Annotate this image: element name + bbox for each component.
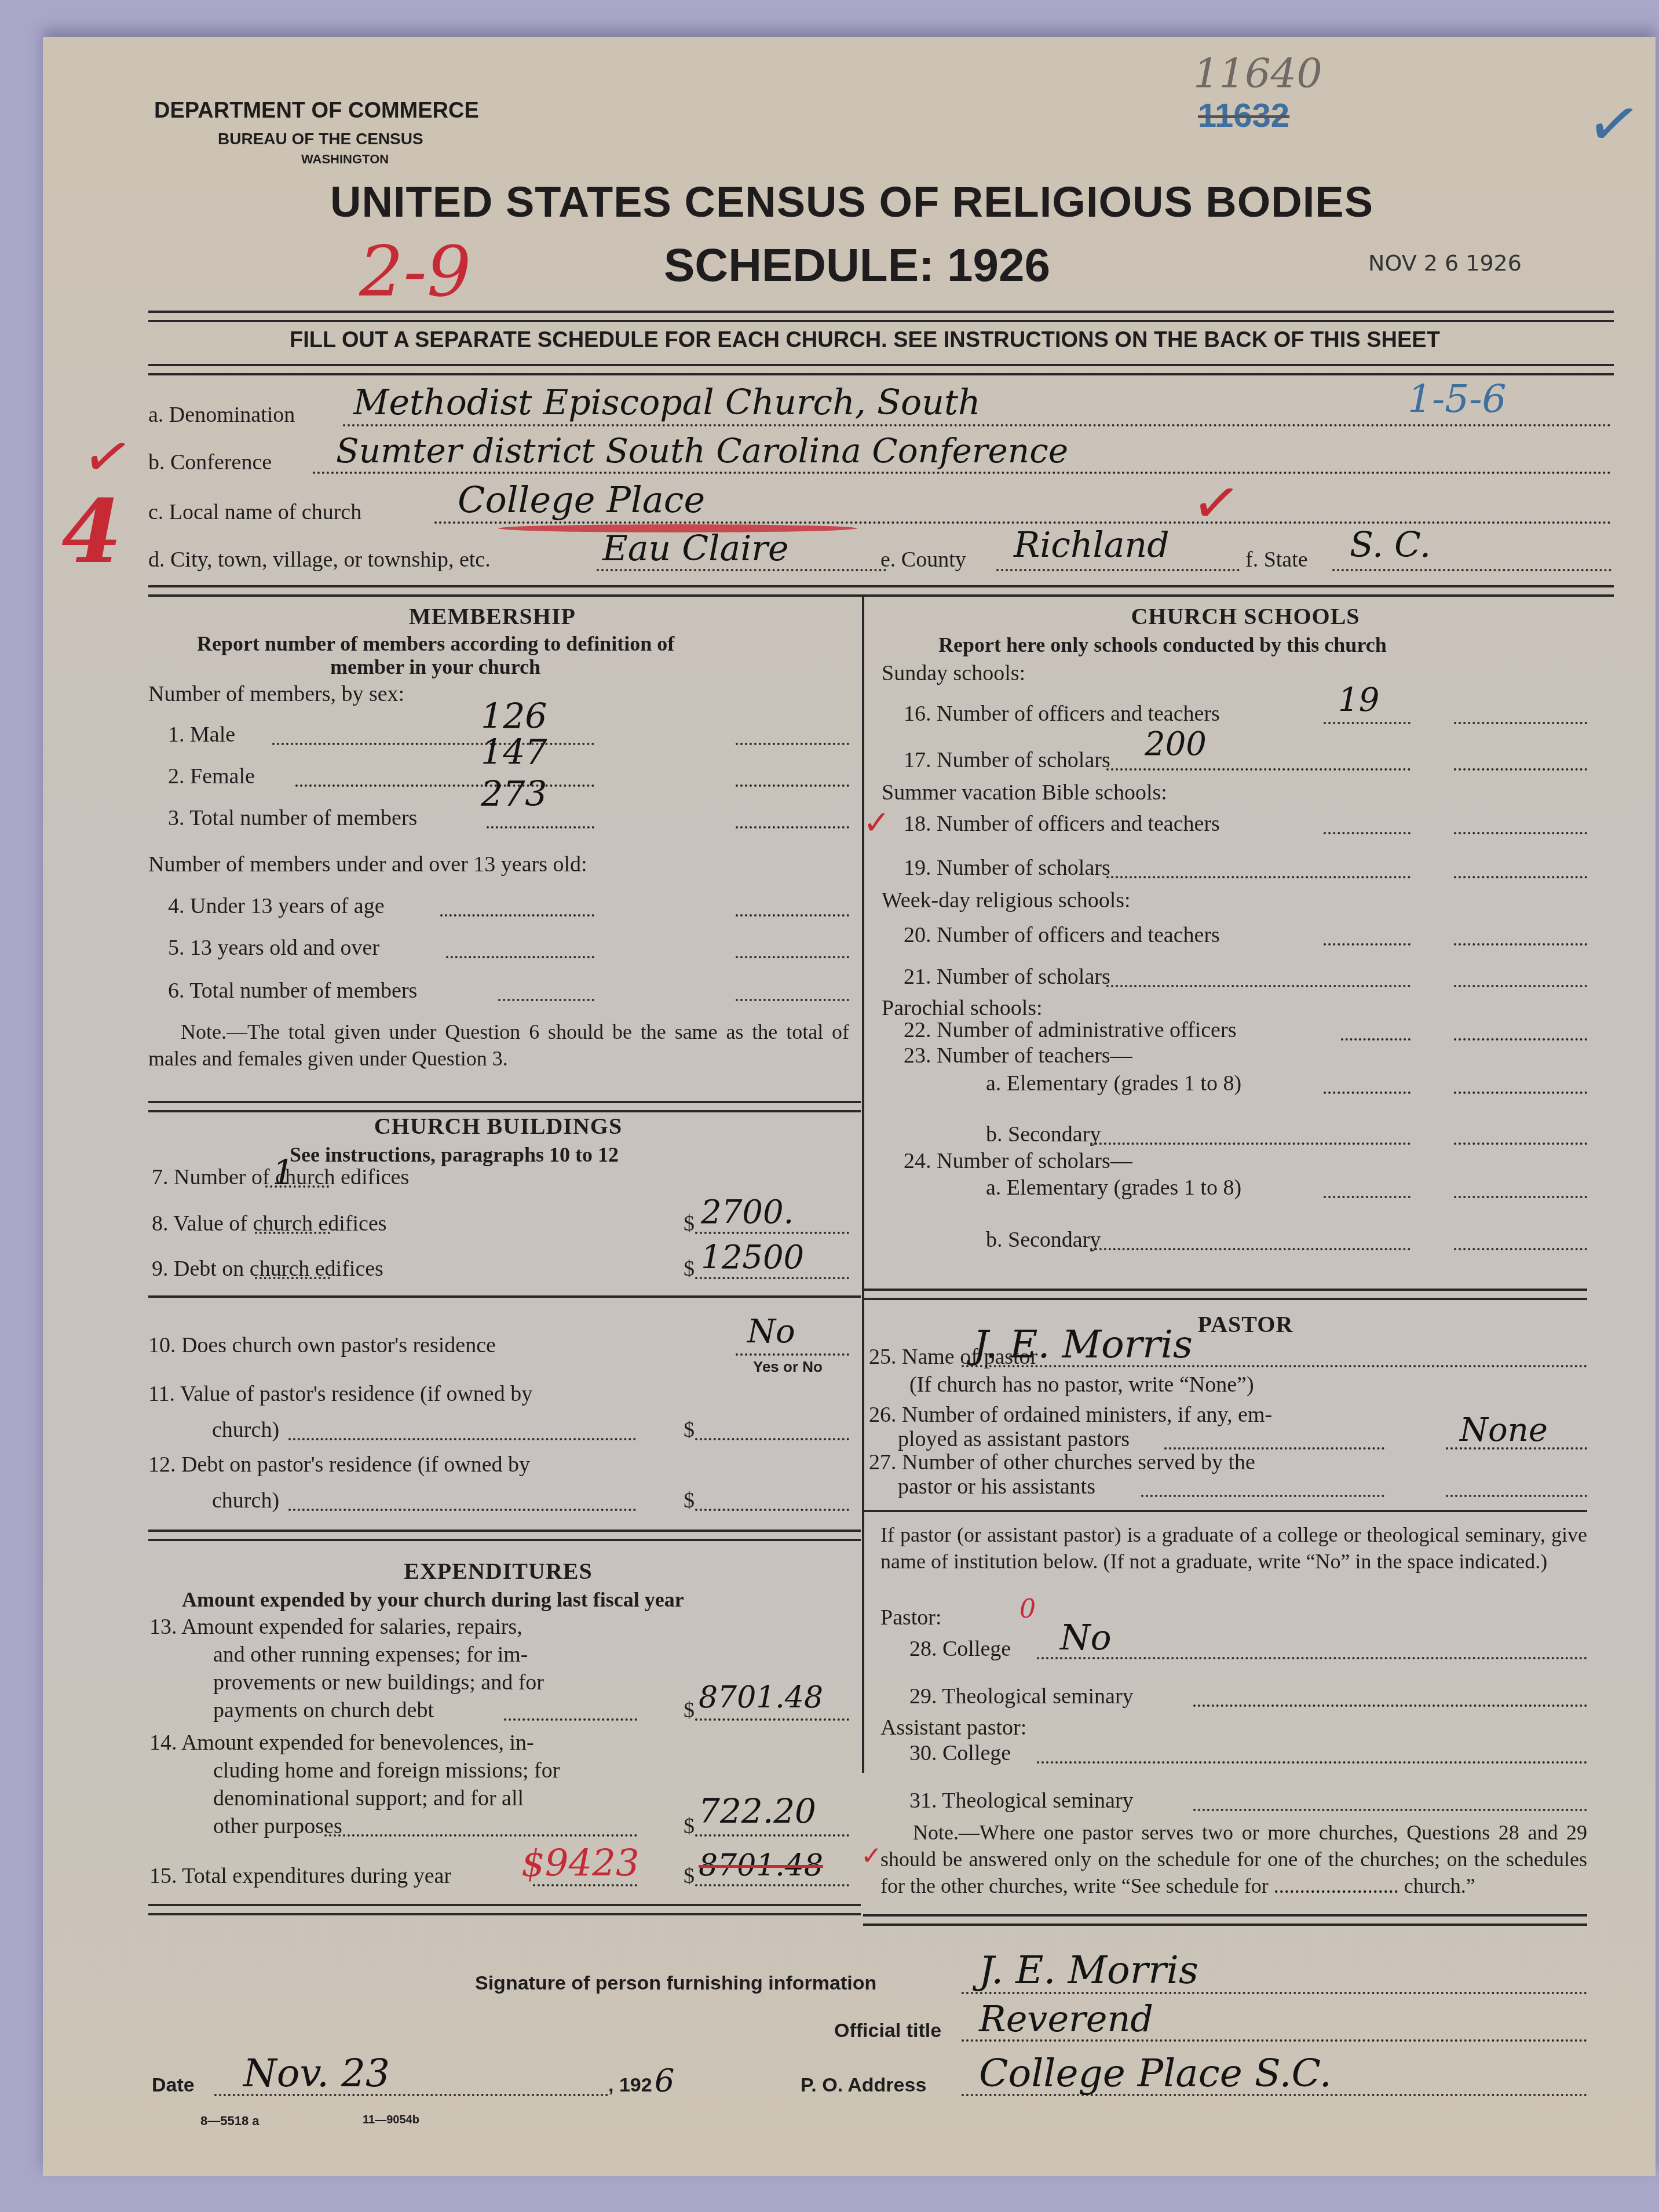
residence-value-label: 11. Value of pastor's residence (if owne…	[148, 1381, 532, 1407]
schools-rule	[863, 1288, 1587, 1300]
education-intro: If pastor (or assistant pastor) is a gra…	[880, 1521, 1587, 1575]
edifices-count-field[interactable]: 1	[272, 1153, 294, 1193]
college-field[interactable]: No	[1060, 1618, 1112, 1658]
local-name-label: c. Local name of church	[148, 499, 361, 525]
weekday-scholars-label: 21. Number of scholars	[904, 964, 1110, 990]
edifices-debt-line	[255, 1277, 330, 1279]
date-label: Date	[152, 2074, 195, 2097]
edifices-value-field[interactable]: 2700.	[701, 1193, 794, 1231]
pastor-name-field[interactable]: J. E. Morris	[973, 1322, 1193, 1367]
exp-14-line-1: 14. Amount expended for benevolences, in…	[149, 1730, 534, 1755]
summer-scholars-line	[1106, 876, 1410, 878]
sunday-schools-label: Sunday schools:	[882, 660, 1025, 686]
county-line	[996, 569, 1240, 571]
state-line	[1332, 569, 1612, 571]
exp-14-field[interactable]: 722.20	[699, 1791, 816, 1831]
city-label: d. City, town, village, or township, etc…	[148, 547, 491, 572]
struck-stamp-number: 11632	[1198, 96, 1289, 135]
admin-officers-line	[1341, 1038, 1410, 1041]
yes-or-no-hint: Yes or No	[753, 1358, 823, 1376]
state-field[interactable]: S. C.	[1350, 525, 1431, 565]
buildings-rule	[148, 1530, 861, 1541]
dollar-sign: $	[684, 1488, 695, 1513]
scholars-secondary-label: b. Secondary	[986, 1227, 1101, 1253]
edifices-value-amount-line	[695, 1232, 849, 1234]
residence-value-amount-line	[695, 1438, 849, 1440]
asst-college-line	[1037, 1761, 1587, 1764]
exp-14-line-4: other purposes	[213, 1813, 342, 1839]
sunday-officers-label: 16. Number of officers and teachers	[904, 701, 1220, 727]
exp-13-field[interactable]: 8701.48	[699, 1680, 823, 1715]
seminary-line	[1193, 1704, 1587, 1707]
teachers-elementary-line	[1324, 1092, 1410, 1094]
dollar-sign: $	[684, 1698, 695, 1723]
assistant-pastor-sublabel: Assistant pastor:	[880, 1715, 1026, 1740]
denomination-label: a. Denomination	[148, 402, 295, 428]
exp-13-line-3: provements or new buildings; and for	[213, 1670, 544, 1695]
male-label: 1. Male	[168, 722, 235, 747]
owns-residence-line	[736, 1353, 849, 1356]
membership-subtitle-2: member in your church	[330, 655, 540, 679]
exp-14-amount-line	[695, 1834, 849, 1837]
conference-line	[313, 472, 1612, 474]
po-address-label: P. O. Address	[801, 2074, 926, 2097]
teachers-elementary-line-2	[1454, 1092, 1587, 1094]
instruction-banner: FILL OUT A SEPARATE SCHEDULE FOR EACH CH…	[290, 328, 1440, 353]
scholars-elementary-line	[1324, 1196, 1410, 1198]
teachers-label: 23. Number of teachers—	[904, 1043, 1132, 1068]
sunday-officers-line-2	[1454, 722, 1587, 724]
pastor-rule	[863, 1914, 1587, 1926]
weekday-scholars-line	[1106, 985, 1410, 987]
date-year-prefix: , 192	[608, 2074, 652, 2097]
red-margin-mark: 4	[61, 481, 122, 583]
sunday-officers-field[interactable]: 19	[1338, 681, 1379, 719]
identification-rule	[148, 585, 1614, 597]
exp-13-line-4: payments on church debt	[213, 1698, 434, 1723]
pastor-note: Note.—Where one pastor serves two or mor…	[880, 1819, 1587, 1899]
over-13-line-2	[736, 956, 849, 958]
other-churches-label-1: 27. Number of other churches served by t…	[869, 1450, 1255, 1475]
red-code-annotation: 2-9	[359, 232, 471, 312]
weekday-scholars-line-2	[1454, 985, 1587, 987]
city-field[interactable]: Eau Claire	[602, 528, 789, 569]
summer-officers-line-2	[1454, 832, 1587, 834]
other-churches-label-2: pastor or his assistants	[898, 1474, 1095, 1499]
dollar-sign: $	[684, 1256, 695, 1282]
expenditures-subtitle: Amount expended by your church during la…	[182, 1587, 684, 1612]
other-churches-line	[1141, 1495, 1384, 1497]
assistant-pastors-field[interactable]: None	[1460, 1411, 1548, 1449]
county-label: e. County	[880, 547, 966, 572]
dollar-sign: $	[684, 1863, 695, 1889]
scholars-secondary-line	[1090, 1248, 1410, 1250]
membership-rule	[148, 1101, 861, 1112]
expenditures-rule	[148, 1904, 861, 1915]
by-age-label: Number of members under and over 13 year…	[148, 852, 587, 877]
sunday-scholars-field[interactable]: 200	[1145, 725, 1207, 763]
residence-debt-line	[288, 1509, 636, 1511]
dollar-sign: $	[684, 1211, 695, 1236]
male-field[interactable]: 126	[481, 696, 547, 737]
summer-scholars-line-2	[1454, 876, 1587, 878]
teachers-secondary-label: b. Secondary	[986, 1122, 1101, 1147]
pastor-name-hint: (If church has no pastor, write “None”)	[909, 1372, 1254, 1397]
under-13-label: 4. Under 13 years of age	[168, 893, 385, 919]
denomination-field[interactable]: Methodist Episcopal Church, South	[353, 382, 981, 423]
received-date-stamp: NOV 2 6 1926	[1368, 250, 1522, 276]
form-number-2: 11—9054b	[363, 2114, 419, 2127]
church-buildings-heading: CHURCH BUILDINGS	[324, 1112, 672, 1140]
exp-13-line-2: and other running expenses; for im-	[213, 1642, 528, 1667]
exp-13-line	[504, 1718, 637, 1721]
pastor-divider	[863, 1510, 1587, 1512]
weekday-officers-line-2	[1454, 943, 1587, 946]
scholars-elementary-label: a. Elementary (grades 1 to 8)	[986, 1175, 1241, 1200]
buildings-divider	[148, 1295, 861, 1298]
po-address-field[interactable]: College Place S.C.	[979, 2051, 1332, 2096]
assistant-pastors-label-2: ployed as assistant pastors	[898, 1426, 1130, 1452]
edifices-debt-field[interactable]: 12500	[701, 1239, 804, 1276]
residence-debt-label: 12. Debt on pastor's residence (if owned…	[148, 1452, 530, 1477]
female-label: 2. Female	[168, 764, 255, 789]
residence-value-label-2: church)	[212, 1417, 279, 1443]
male-line-2	[736, 743, 849, 745]
pencil-file-number: 11640	[1193, 50, 1322, 97]
sunday-scholars-line	[1106, 768, 1410, 771]
college-red-mark: 0	[1019, 1594, 1036, 1624]
female-field[interactable]: 147	[481, 732, 547, 773]
total-members-age-line-2	[736, 999, 849, 1001]
sunday-scholars-line-2	[1454, 768, 1587, 771]
local-name-line	[434, 521, 1612, 524]
residence-debt-amount-line	[695, 1509, 849, 1511]
owns-residence-label: 10. Does church own pastor's residence	[148, 1333, 496, 1358]
teachers-elementary-label: a. Elementary (grades 1 to 8)	[986, 1071, 1241, 1096]
county-field[interactable]: Richland	[1014, 525, 1170, 565]
weekday-officers-label: 20. Number of officers and teachers	[904, 922, 1220, 948]
conference-field[interactable]: Sumter district South Carolina Conferenc…	[336, 431, 1068, 470]
dollar-sign: $	[684, 1813, 695, 1839]
official-title-field[interactable]: Reverend	[979, 1998, 1153, 2040]
official-title-label: Official title	[834, 2020, 941, 2042]
membership-subtitle-1: Report number of members according to de…	[197, 632, 674, 656]
over-13-line	[446, 956, 594, 958]
red-checkmark-q18-icon: ✓	[863, 804, 890, 842]
church-buildings-subtitle: See instructions, paragraphs 10 to 12	[290, 1142, 619, 1167]
residence-debt-label-2: church)	[212, 1488, 279, 1513]
sunday-scholars-label: 17. Number of scholars	[904, 747, 1110, 773]
summer-officers-label: 18. Number of officers and teachers	[904, 811, 1220, 837]
exp-14-line-3: denominational support; and for all	[213, 1786, 524, 1811]
admin-officers-line-2	[1454, 1038, 1587, 1041]
asst-college-label: 30. College	[909, 1740, 1011, 1766]
teachers-secondary-line	[1090, 1142, 1410, 1145]
edifices-value-line	[255, 1232, 330, 1234]
exp-13-line-1: 13. Amount expended for salaries, repair…	[149, 1614, 522, 1640]
signature-label: Signature of person furnishing informati…	[475, 1972, 876, 1995]
city-line	[597, 569, 886, 571]
asst-seminary-line	[1193, 1809, 1587, 1811]
seminary-label: 29. Theological seminary	[909, 1684, 1134, 1709]
form-title: UNITED STATES CENSUS OF RELIGIOUS BODIES	[330, 177, 1373, 227]
membership-note: Note.—The total given under Question 6 s…	[148, 1019, 849, 1072]
teachers-secondary-line-2	[1454, 1142, 1587, 1145]
blue-code-annotation: 1-5-6	[1408, 377, 1507, 421]
summer-scholars-label: 19. Number of scholars	[904, 855, 1110, 881]
denomination-line	[343, 424, 1612, 426]
church-schools-heading: CHURCH SCHOOLS	[1072, 603, 1419, 630]
scholars-secondary-line-2	[1454, 1248, 1587, 1250]
signature-field[interactable]: J. E. Morris	[979, 1948, 1198, 1992]
under-13-line	[440, 914, 594, 917]
dollar-sign: $	[684, 1417, 695, 1443]
column-divider	[862, 597, 864, 1773]
expenditures-heading: EXPENDITURES	[324, 1557, 672, 1585]
header-rule	[148, 311, 1614, 322]
state-label: f. State	[1245, 547, 1308, 572]
conference-label: b. Conference	[148, 450, 272, 475]
banner-rule	[148, 364, 1614, 375]
owns-residence-field[interactable]: No	[747, 1313, 795, 1350]
over-13-label: 5. 13 years old and over	[168, 935, 379, 961]
date-year-field[interactable]: 6	[655, 2063, 674, 2099]
parochial-scholars-label: 24. Number of scholars—	[904, 1148, 1132, 1174]
total-members-line-2	[736, 826, 849, 828]
exp-15-label: 15. Total expenditures during year	[149, 1863, 451, 1889]
schedule-year-title: SCHEDULE: 1926	[664, 239, 1050, 292]
edifices-debt-amount-line	[695, 1277, 849, 1279]
red-checkmark-icon: ✓	[1187, 466, 1245, 541]
department-label: DEPARTMENT OF COMMERCE	[154, 98, 479, 123]
sunday-officers-line	[1324, 722, 1410, 724]
date-field[interactable]: Nov. 23	[243, 2051, 390, 2096]
exp-15-correction: $9423	[521, 1842, 640, 1885]
assistant-pastors-label-1: 26. Number of ordained ministers, if any…	[869, 1402, 1272, 1428]
exp-13-amount-line	[695, 1718, 849, 1721]
other-churches-line-2	[1446, 1495, 1587, 1497]
scholars-elementary-line-2	[1454, 1196, 1587, 1198]
bureau-label: BUREAU OF THE CENSUS	[218, 130, 423, 148]
college-line	[1037, 1657, 1587, 1659]
residence-value-line	[288, 1438, 636, 1440]
summer-schools-label: Summer vacation Bible schools:	[882, 780, 1167, 805]
total-members-age-label: 6. Total number of members	[168, 978, 417, 1003]
washington-label: WASHINGTON	[301, 152, 389, 167]
total-members-line	[487, 826, 594, 828]
female-line-2	[736, 784, 849, 787]
local-name-field[interactable]: College Place	[458, 479, 705, 521]
weekday-schools-label: Week-day religious schools:	[882, 888, 1131, 913]
pastor-sublabel: Pastor:	[880, 1605, 942, 1630]
membership-heading: MEMBERSHIP	[348, 603, 637, 630]
female-line	[295, 784, 594, 787]
under-13-line-2	[736, 914, 849, 917]
exp-14-line	[324, 1834, 637, 1837]
form-number-1: 8—5518 a	[200, 2114, 260, 2129]
exp-15-amount-line	[695, 1884, 849, 1886]
exp-15-field[interactable]: 8701.48	[699, 1848, 823, 1883]
by-sex-label: Number of members, by sex:	[148, 681, 404, 707]
red-checkmark-note-icon: ✓	[861, 1841, 882, 1871]
church-schools-subtitle: Report here only schools conducted by th…	[938, 633, 1387, 657]
total-members-age-line	[498, 999, 594, 1001]
summer-officers-line	[1324, 832, 1410, 834]
exp-14-line-2: cluding home and foreign missions; for	[213, 1758, 560, 1783]
total-members-label: 3. Total number of members	[168, 805, 417, 831]
college-label: 28. College	[909, 1636, 1011, 1662]
asst-seminary-label: 31. Theological seminary	[909, 1788, 1134, 1813]
admin-officers-label: 22. Number of administrative officers	[904, 1017, 1236, 1043]
total-members-field[interactable]: 273	[481, 774, 547, 815]
weekday-officers-line	[1324, 943, 1410, 946]
